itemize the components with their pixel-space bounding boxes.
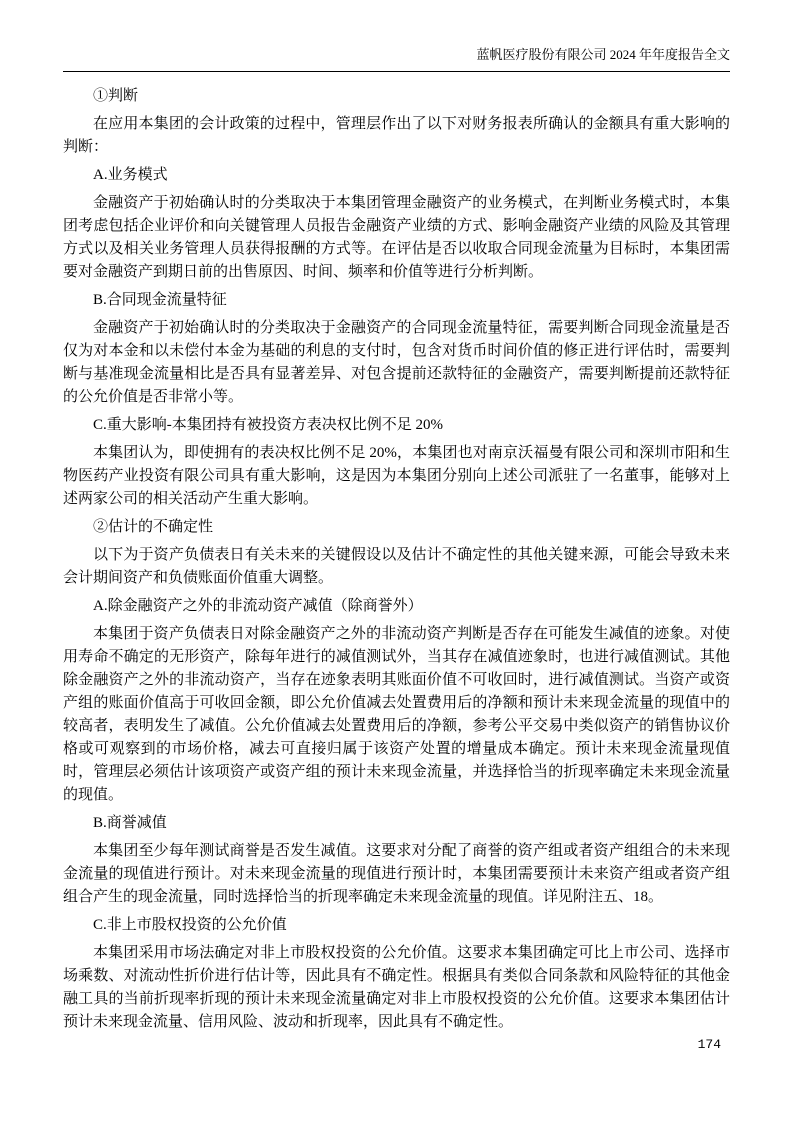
para-significant-influence: 本集团认为，即使拥有的表决权比例不足 20%，本集团也对南京沃福曼有限公司和深圳… — [63, 442, 730, 511]
para-judgment-intro: 在应用本集团的会计政策的过程中，管理层作出了以下对财务报表所确认的金额具有重大影… — [63, 113, 730, 159]
heading-estimation-uncertainty: ②估计的不确定性 — [63, 516, 730, 539]
para-contract-cash-flow: 金融资产于初始确认时的分类取决于金融资产的合同现金流量特征，需要判断合同现金流量… — [63, 317, 730, 409]
para-estimation-uncertainty-intro: 以下为于资产负债表日有关未来的关键假设以及估计不确定性的其他关键来源，可能会导致… — [63, 544, 730, 590]
heading-noncurrent-asset-impairment: A.除金融资产之外的非流动资产减值（除商誉外） — [63, 595, 730, 618]
report-body: ①判断 在应用本集团的会计政策的过程中，管理层作出了以下对财务报表所确认的金额具… — [63, 72, 730, 1034]
report-page: 蓝帆医疗股份有限公司 2024 年年度报告全文 ①判断 在应用本集团的会计政策的… — [0, 0, 793, 1122]
para-goodwill-impairment: 本集团至少每年测试商誉是否发生减值。这要求对分配了商誉的资产组或者资产组组合的未… — [63, 840, 730, 909]
heading-significant-influence: C.重大影响-本集团持有被投资方表决权比例不足 20% — [63, 414, 730, 437]
heading-contract-cash-flow: B.合同现金流量特征 — [63, 289, 730, 312]
heading-goodwill-impairment: B.商誉减值 — [63, 812, 730, 835]
para-unlisted-equity-fair-value: 本集团采用市场法确定对非上市股权投资的公允价值。这要求本集团确定可比上市公司、选… — [63, 942, 730, 1034]
heading-unlisted-equity-fair-value: C.非上市股权投资的公允价值 — [63, 914, 730, 937]
para-noncurrent-asset-impairment: 本集团于资产负债表日对除金融资产之外的非流动资产判断是否存在可能发生减值的迹象。… — [63, 623, 730, 807]
heading-judgment: ①判断 — [63, 85, 730, 108]
para-business-model: 金融资产于初始确认时的分类取决于本集团管理金融资产的业务模式，在判断业务模式时，… — [63, 192, 730, 284]
report-header-title: 蓝帆医疗股份有限公司 2024 年年度报告全文 — [63, 46, 730, 72]
page-number: 174 — [698, 1037, 721, 1052]
heading-business-model: A.业务模式 — [63, 164, 730, 187]
